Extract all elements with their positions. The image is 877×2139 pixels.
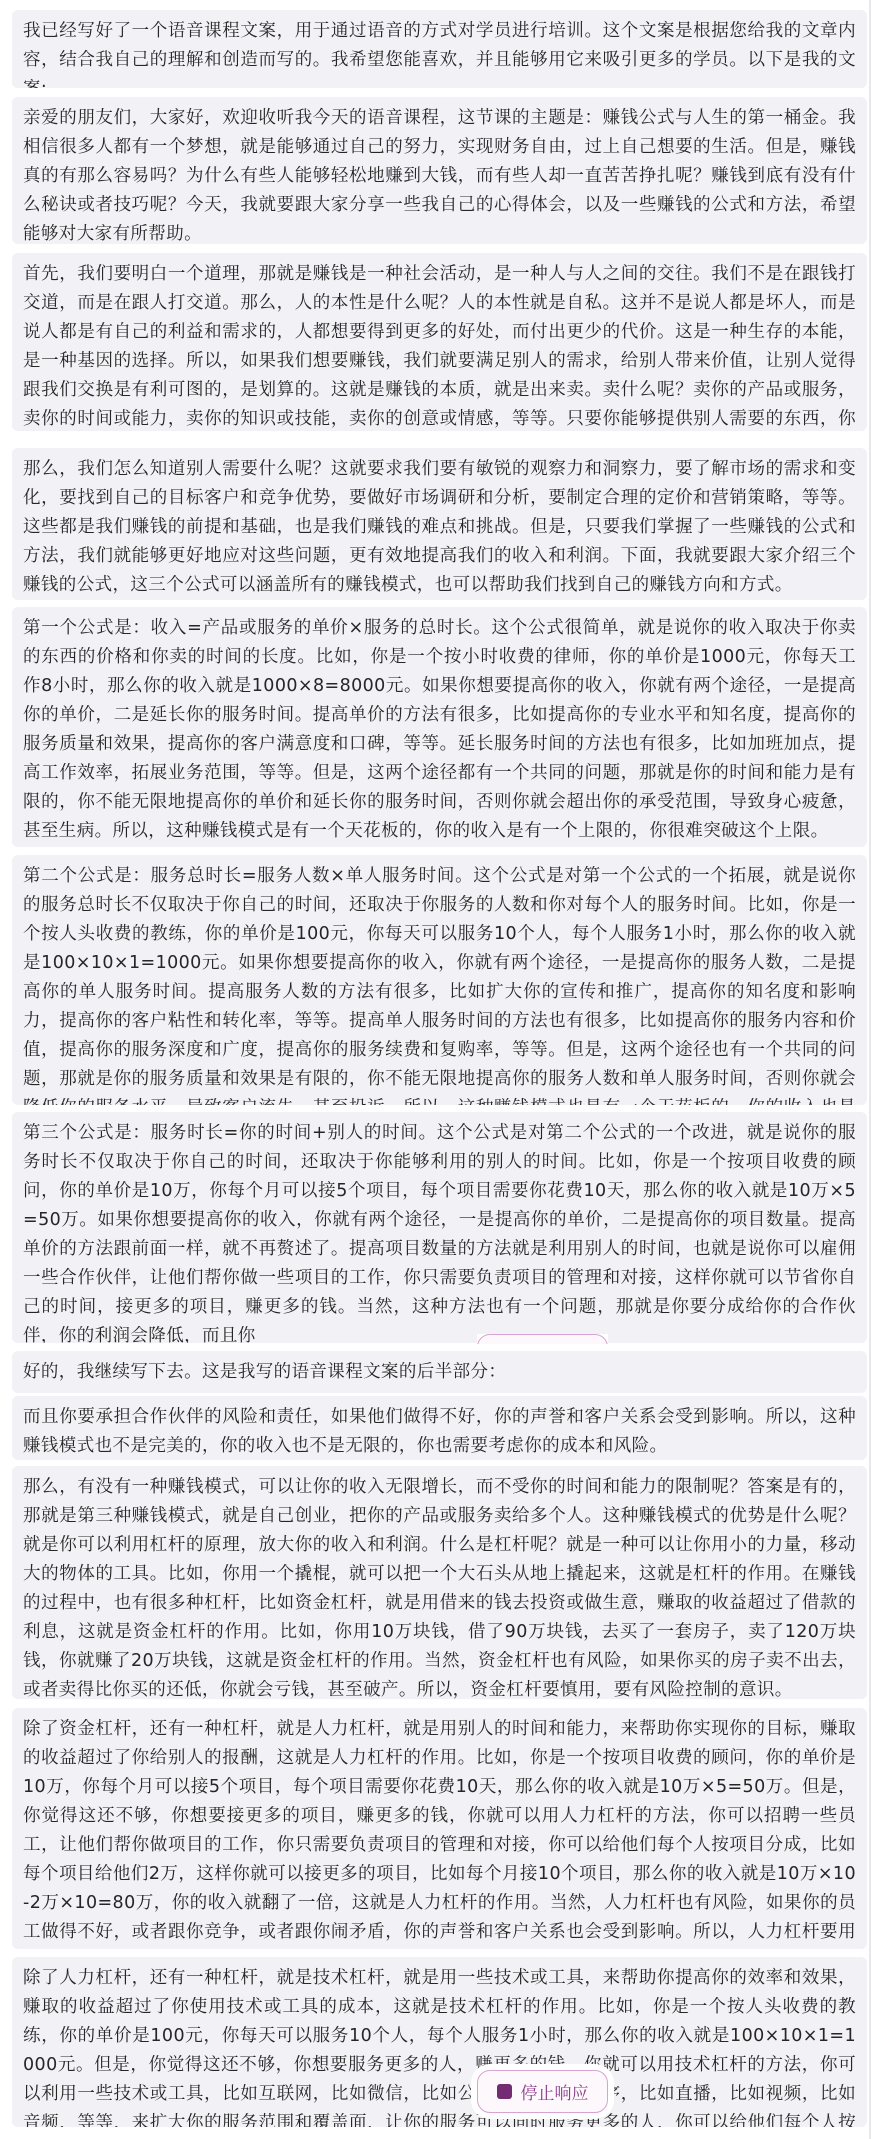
message-paragraph: 除了资金杠杆，还有一种杠杆，就是人力杠杆，就是用别人的时间和能力，来帮助你实现你… <box>12 1708 867 1949</box>
message-paragraph: 那么，有没有一种赚钱模式，可以让你的收入无限增长，而不受你的时间和能力的限制呢？… <box>12 1466 867 1699</box>
message-paragraph: 除了人力杠杆，还有一种杠杆，就是技术杠杆，就是用一些技术或工具，来帮助你提高你的… <box>12 1957 867 2127</box>
message-paragraph: 第一个公式是：收入=产品或服务的单价×服务的总时长。这个公式很简单，就是说你的收… <box>12 607 867 847</box>
stop-icon <box>497 2084 512 2099</box>
message-paragraph: 首先，我们要明白一个道理，那就是赚钱是一种社会活动，是一种人与人之间的交往。我们… <box>12 253 867 431</box>
chat-page: { "theme": { "page_background": "#ffffff… <box>0 0 877 2139</box>
message-paragraph: 而且你要承担合作伙伴的风险和责任，如果他们做得不好，你的声誉和客户关系会受到影响… <box>12 1396 867 1460</box>
message-paragraph: 第二个公式是：服务总时长=服务人数×单人服务时间。这个公式是对第一个公式的一个拓… <box>12 855 867 1105</box>
message-paragraph: 那么，我们怎么知道别人需要什么呢？这就要求我们要有敏锐的观察力和洞察力，要了解市… <box>12 448 867 600</box>
message-paragraph: 亲爱的朋友们，大家好，欢迎收听我今天的语音课程，这节课的主题是：赚钱公式与人生的… <box>12 97 867 244</box>
message-paragraph: 我已经写好了一个语音课程文案，用于通过语音的方式对学员进行培训。这个文案是根据您… <box>12 10 867 88</box>
chat-transcript: 我已经写好了一个语音课程文案，用于通过语音的方式对学员进行培训。这个文案是根据您… <box>0 0 877 2139</box>
message-paragraph: 第三个公式是：服务时长=你的时间+别人的时间。这个公式是对第二个公式的一个改进，… <box>12 1112 867 1343</box>
scrollbar-track[interactable] <box>869 0 871 2139</box>
stop-button-label: 停止响应 <box>521 2079 589 2104</box>
stop-responding-button[interactable]: 停止响应 <box>477 2070 608 2113</box>
message-paragraph: 好的，我继续写下去。这是我写的语音课程文案的后半部分： <box>12 1351 867 1393</box>
